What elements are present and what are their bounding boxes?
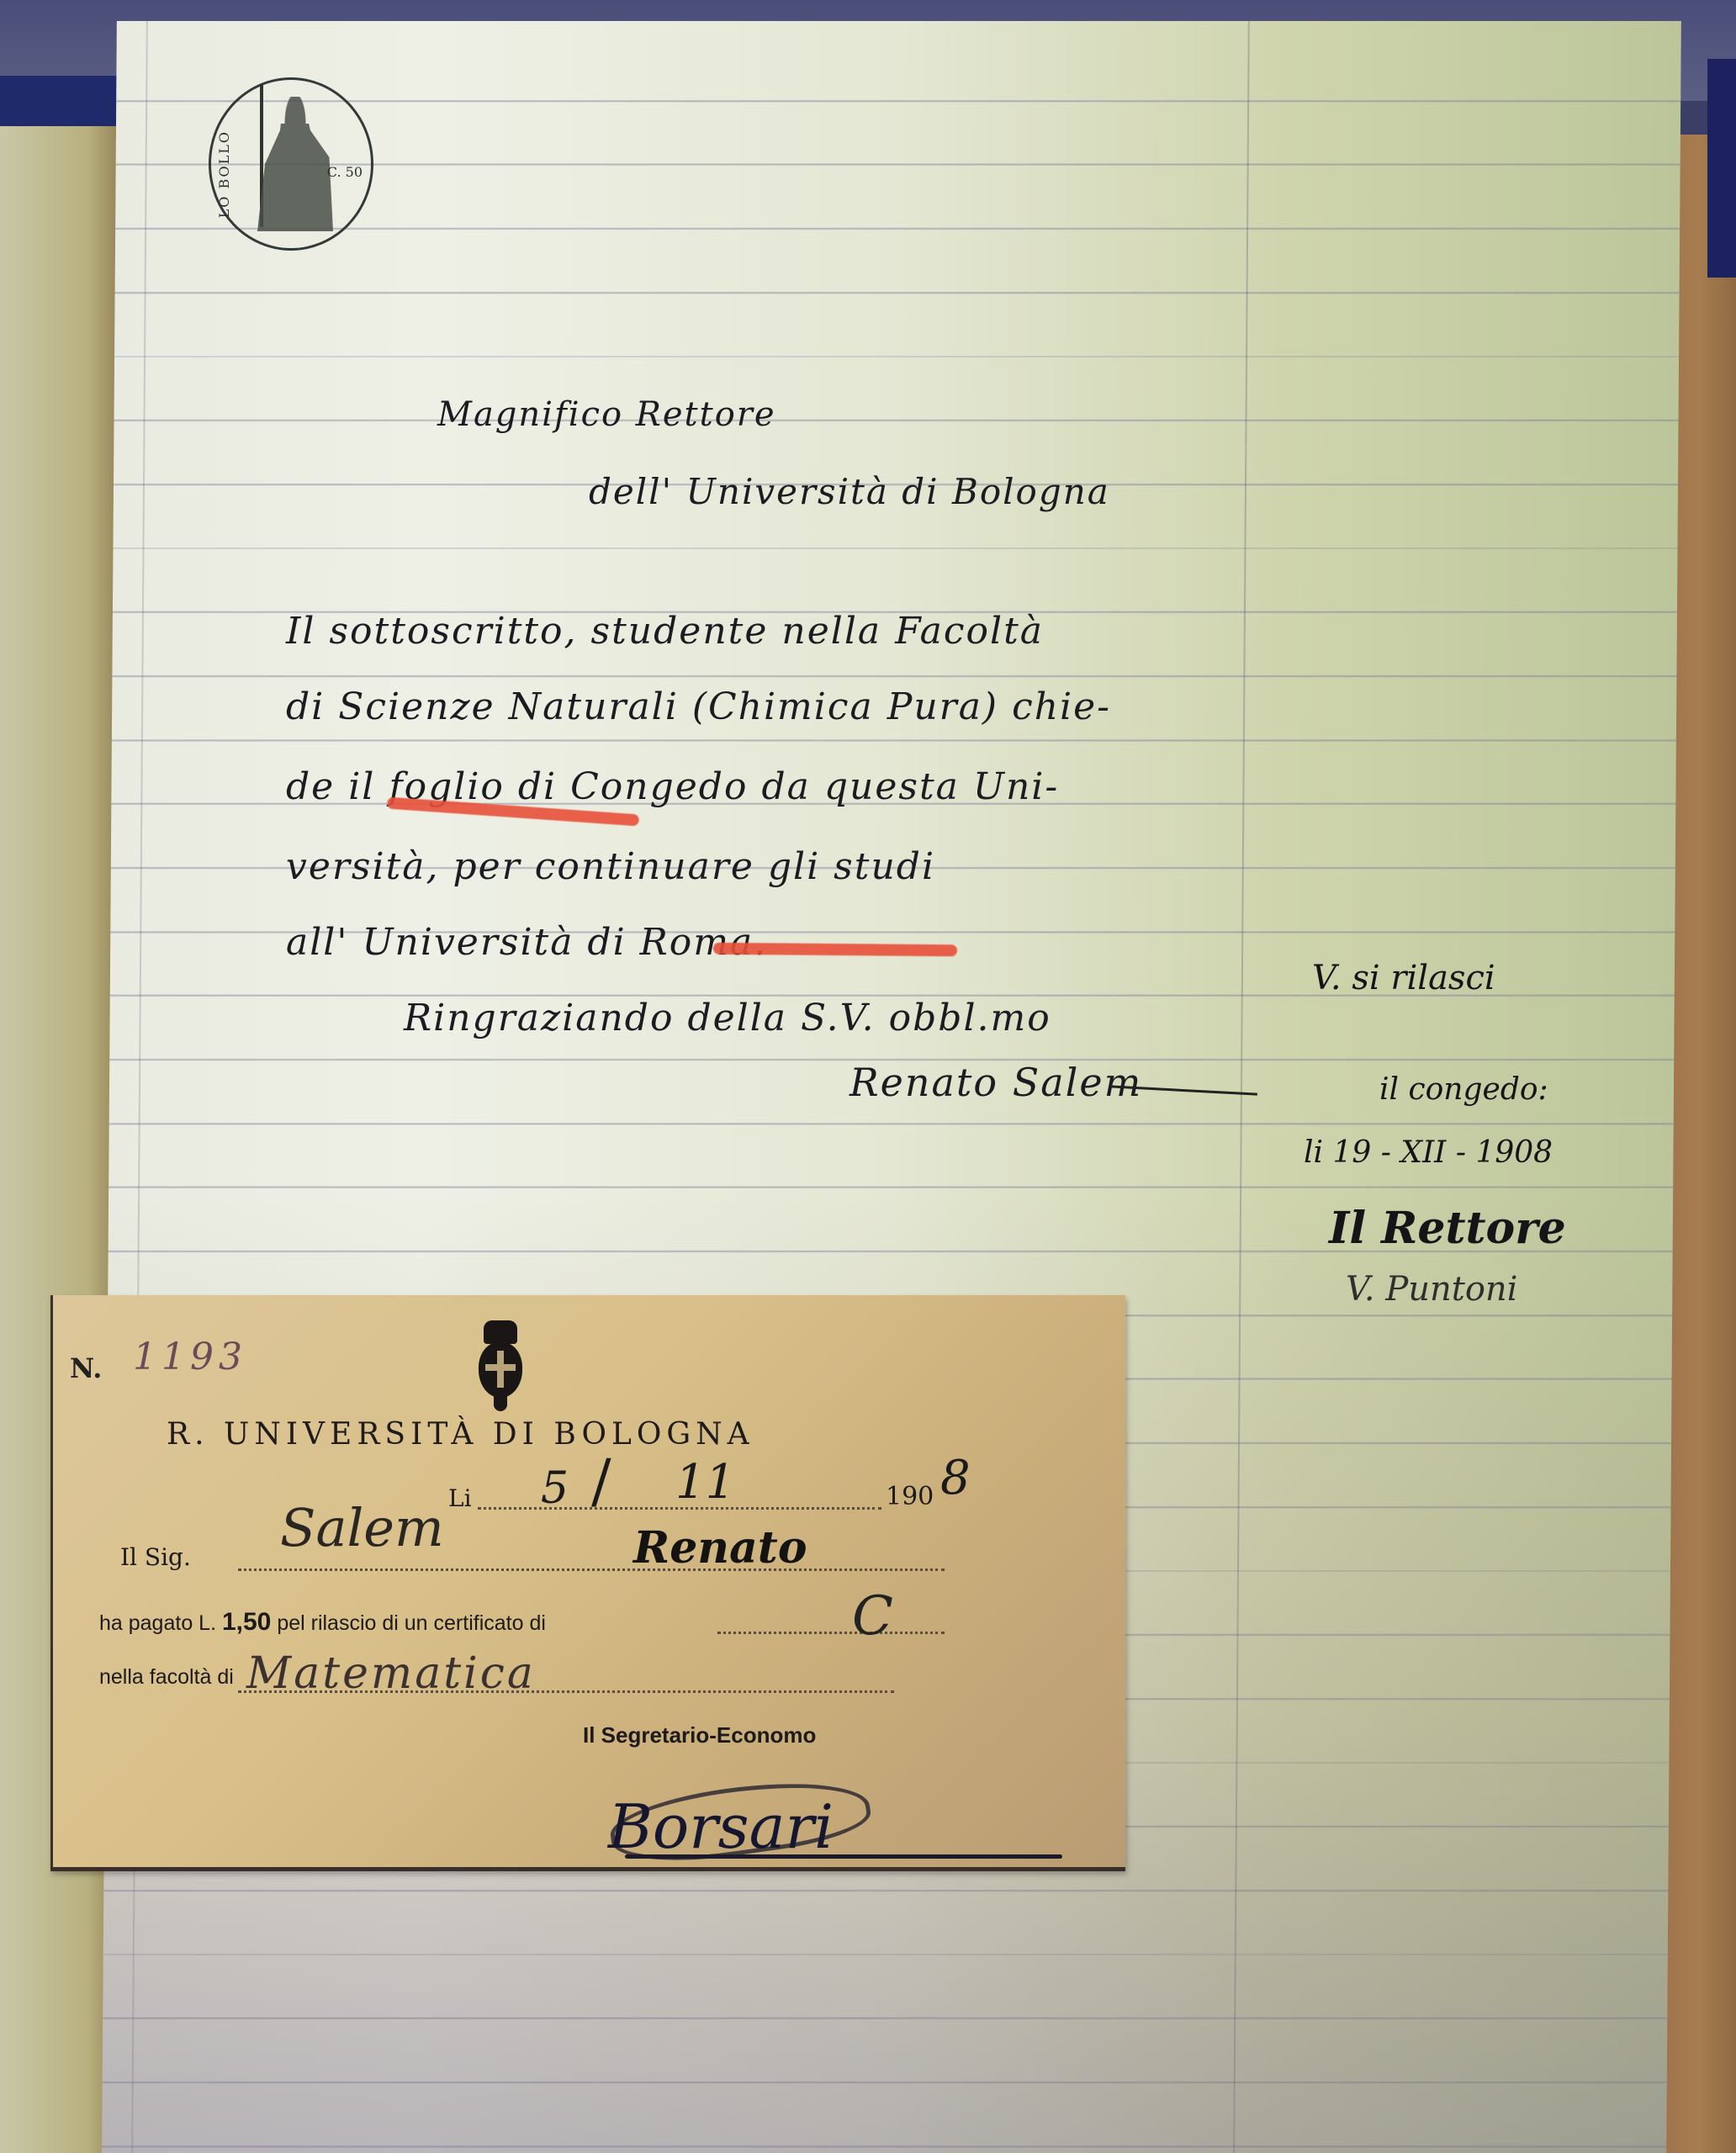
student-signature: Renato Salem (849, 1060, 1142, 1105)
date-month: 11 (675, 1455, 735, 1510)
receipt-number: 1193 (133, 1336, 247, 1378)
margin-note-rettore: Il Rettore (1329, 1203, 1566, 1254)
right-margin-rule (1233, 21, 1250, 2153)
paid-suffix: pel rilascio di un certificato di (277, 1611, 546, 1635)
signatory-signature: Borsari (608, 1791, 834, 1862)
signature-underline (625, 1854, 1062, 1859)
amount: 1,50 (222, 1608, 271, 1636)
body-line-1: Il sottoscritto, studente nella Facoltà (286, 610, 1044, 653)
date-label: Li (448, 1484, 472, 1512)
certificate-type: C (852, 1585, 893, 1648)
margin-note-date: li 19 - XII - 1908 (1304, 1135, 1553, 1170)
crest-tail (494, 1396, 507, 1411)
paid-prefix: ha pagato L. (99, 1611, 216, 1635)
body-line-5: all' Università di Roma. (286, 921, 767, 964)
receipt-institution: R. UNIVERSITÀ DI BOLOGNA (167, 1417, 754, 1452)
signatory-title: Il Segretario-Economo (583, 1722, 816, 1748)
cross-horizontal (485, 1364, 516, 1371)
binder-cover-right (1707, 59, 1736, 278)
payer-label: Il Sig. (120, 1543, 191, 1571)
margin-note-signature: V. Puntoni (1346, 1270, 1517, 1309)
savoy-crest-icon (475, 1320, 526, 1413)
body-line-2: di Scienze Naturali (Chimica Pura) chie- (286, 685, 1111, 728)
stamp-value: C. 50 (327, 164, 363, 180)
certificate-dotted-line (717, 1632, 945, 1634)
closing-line: Ringraziando della S.V. obbl.mo (404, 997, 1051, 1039)
red-underline-roma (713, 943, 957, 957)
faculty-value: Matematica (246, 1648, 536, 1699)
date-day: 5 (541, 1463, 569, 1514)
year-suffix: 8 (940, 1451, 971, 1505)
crown-icon (484, 1320, 517, 1344)
faculty-label: nella facoltà di (99, 1665, 234, 1690)
date-separator: / (591, 1447, 611, 1516)
receipt-number-label: N. (70, 1352, 102, 1384)
payer-surname: Salem (280, 1497, 444, 1558)
revenue-stamp: LO BOLLO C. 50 (209, 77, 373, 251)
margin-note-line-1: V. si rilasci (1312, 959, 1495, 997)
payer-name: Renato (633, 1522, 807, 1574)
stamp-italia-figure-icon (257, 97, 333, 231)
salutation-line-2: dell' Università di Bologna (589, 471, 1110, 512)
payer-dotted-line (238, 1568, 945, 1571)
margin-note-line-2: il congedo: (1379, 1072, 1548, 1107)
receipt-slip: N. 1193 R. UNIVERSITÀ DI BOLOGNA Li 5 / … (50, 1295, 1125, 1871)
body-line-4: versità, per continuare gli studi (286, 845, 935, 888)
salutation-line-1: Magnifico Rettore (437, 395, 776, 434)
payment-line: ha pagato L. 1,50 pel rilascio di un cer… (99, 1608, 546, 1637)
stamp-left-text: LO BOLLO (216, 130, 232, 218)
year-prefix: 190 (886, 1482, 934, 1511)
